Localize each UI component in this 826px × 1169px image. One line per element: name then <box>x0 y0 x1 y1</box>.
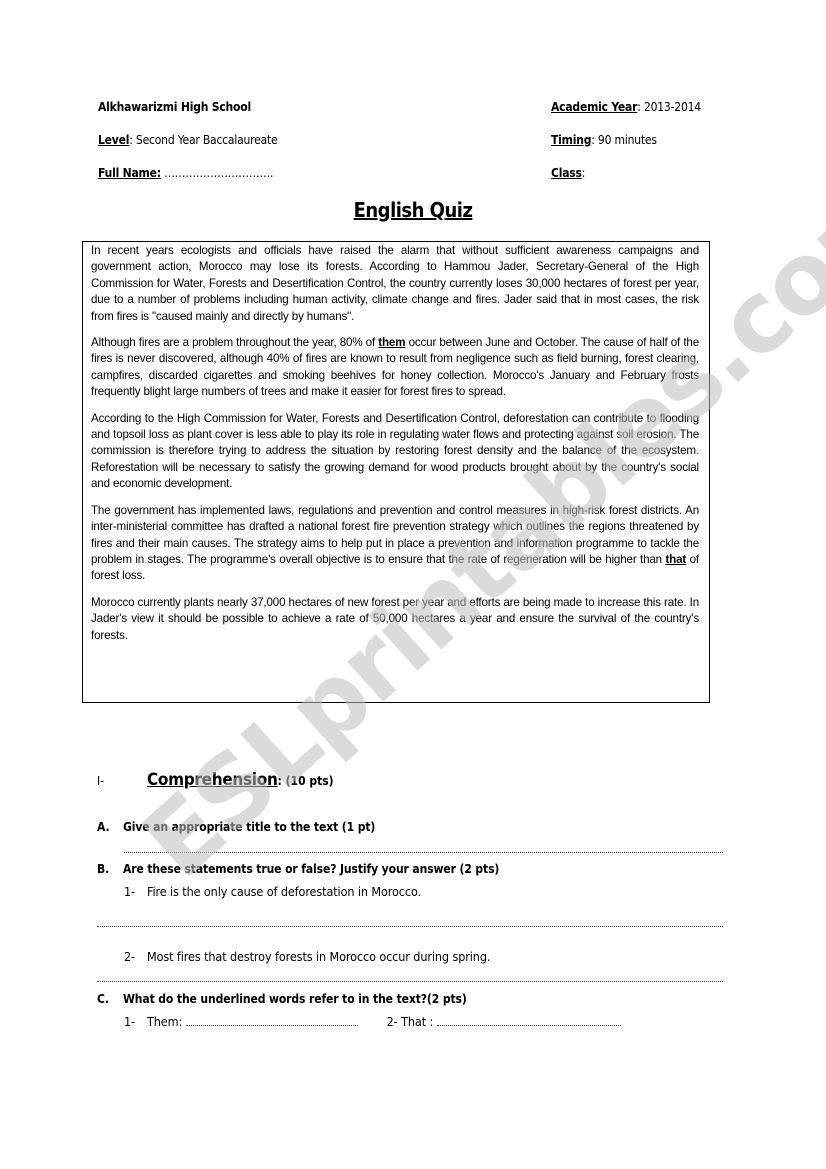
class-line: Class: <box>551 166 585 180</box>
question-b: B.Are these statements true or false? Ju… <box>97 862 499 876</box>
timing-value: : 90 minutes <box>591 133 657 147</box>
class-field[interactable]: : <box>582 166 585 180</box>
timing-label: Timing <box>551 133 591 147</box>
class-label: Class <box>551 166 582 180</box>
underlined-word-them: them <box>378 336 405 349</box>
level-value: : Second Year Baccalaureate <box>129 133 277 147</box>
level-line: Level: Second Year Baccalaureate <box>98 133 278 147</box>
fullname-label: Full Name: <box>98 166 161 180</box>
answer-line-a[interactable] <box>124 852 723 853</box>
reference-items: 1-Them: 2- That : <box>124 1014 621 1029</box>
page-title: English Quiz <box>0 198 826 222</box>
section-heading: I-Comprehension: (10 pts) <box>97 770 334 790</box>
question-c: C.What do the underlined words refer to … <box>97 992 467 1006</box>
academic-year-line: Academic Year: 2013-2014 <box>551 100 701 114</box>
passage-paragraph-2: Although fires are a problem throughout … <box>91 335 699 401</box>
answer-line-b2[interactable] <box>97 981 723 982</box>
passage-paragraph-1: In recent years ecologists and officials… <box>91 243 699 325</box>
fullname-line: Full Name: …………………………. <box>98 166 273 180</box>
passage-paragraph-3: According to the High Commission for Wat… <box>91 411 699 493</box>
academic-year-value: : 2013-2014 <box>637 100 701 114</box>
passage-paragraph-4: The government has implemented laws, reg… <box>91 503 699 585</box>
question-a: A.Give an appropriate title to the text … <box>97 820 375 834</box>
passage-paragraph-5: Morocco currently plants nearly 37,000 h… <box>91 595 699 644</box>
underlined-word-that: that <box>665 553 686 566</box>
school-name: Alkhawarizmi High School <box>98 100 251 114</box>
reference-that-answer[interactable] <box>437 1024 621 1026</box>
reference-them-answer[interactable] <box>186 1024 358 1026</box>
section-title: Comprehension <box>147 770 278 790</box>
quiz-page: Alkhawarizmi High School Level: Second Y… <box>0 0 826 1169</box>
answer-line-b1[interactable] <box>97 926 723 927</box>
statement-2: 2-Most fires that destroy forests in Mor… <box>124 949 490 964</box>
statement-1: 1-Fire is the only cause of deforestatio… <box>124 884 421 899</box>
timing-line: Timing: 90 minutes <box>551 133 657 147</box>
section-points: : (10 pts) <box>278 774 334 788</box>
fullname-field[interactable]: …………………………. <box>161 166 273 180</box>
reference-that-label: 2- That : <box>387 1014 434 1029</box>
reference-them-label: Them: <box>147 1014 182 1029</box>
section-numeral: I- <box>97 774 147 788</box>
reading-passage: In recent years ecologists and officials… <box>82 241 710 703</box>
academic-year-label: Academic Year <box>551 100 637 114</box>
level-label: Level <box>98 133 129 147</box>
